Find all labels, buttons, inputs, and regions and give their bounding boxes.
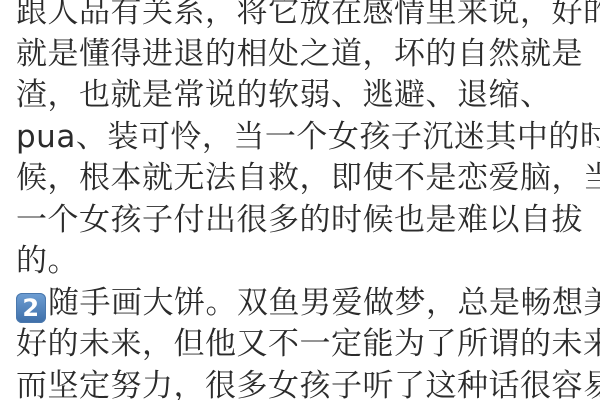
- text-line: 好的未来，但他又不一定能为了所谓的未来: [16, 324, 596, 366]
- section-2-first-line: 随手画大饼。双鱼男爱做梦，总是畅想美: [48, 285, 600, 321]
- text-line: 而坚定努力，很多女孩子听了这种话很容易: [16, 366, 596, 400]
- text-line: 的。: [16, 241, 596, 283]
- section-2-heading-line: 2随手画大饼。双鱼男爱做梦，总是畅想美: [16, 283, 596, 325]
- article-body: 跟人品有关系，将它放在感情里来说，好的 就是懂得进退的相处之道，坏的自然就是 渣…: [16, 0, 596, 400]
- text-line: 跟人品有关系，将它放在感情里来说，好的: [16, 0, 596, 34]
- keycap-number-2-icon: 2: [16, 293, 46, 323]
- text-line: 渣，也就是常说的软弱、逃避、退缩、: [16, 75, 596, 117]
- text-line: 一个女孩子付出很多的时候也是难以自拔: [16, 200, 596, 242]
- text-line: 候，根本就无法自救，即使不是恋爱脑，当: [16, 158, 596, 200]
- text-line: 就是懂得进退的相处之道，坏的自然就是: [16, 34, 596, 76]
- text-line: pua、装可怜，当一个女孩子沉迷其中的时: [16, 117, 596, 159]
